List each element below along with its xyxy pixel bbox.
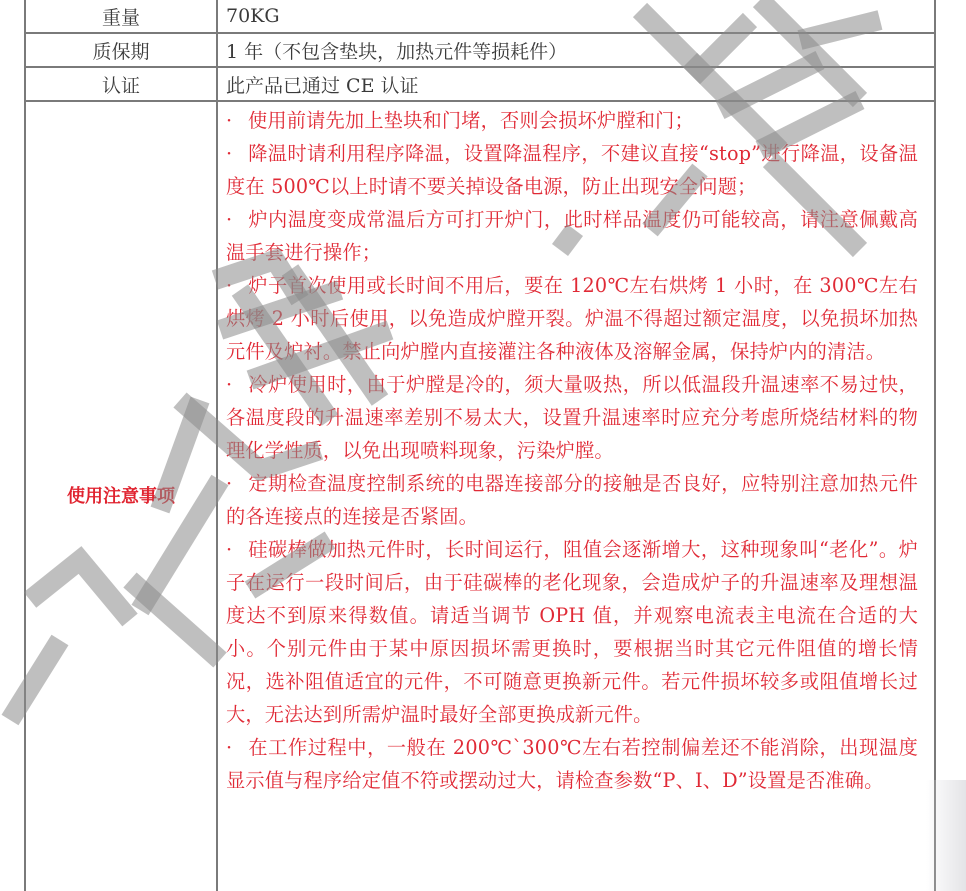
notice-item: ·硅碳棒做加热元件时，长时间运行，阻值会逐渐增大，这种现象叫“老化”。炉子在运行… — [226, 533, 918, 731]
bullet-dot: · — [226, 137, 248, 170]
bullet-dot: · — [226, 368, 248, 401]
warranty-value: 1 年（不包含垫块，加热元件等损耗件） — [217, 33, 935, 67]
usage-notes-label: 使用注意事项 — [25, 101, 217, 891]
notice-text: 使用前请先加上垫块和门堵，否则会损坏炉膛和门； — [248, 109, 694, 132]
weight-label: 重量 — [25, 0, 217, 33]
notice-text: 炉内温度变成常温后方可打开炉门，此时样品温度仍可能较高，请注意佩戴高温手套进行操… — [226, 208, 918, 264]
notice-text: 降温时请利用程序降温，设置降温程序，不建议直接“stop”进行降温，设备温度在 … — [226, 142, 918, 198]
notice-text: 定期检查温度控制系统的电器连接部分的接触是否良好，应特别注意加热元件的各连接点的… — [226, 472, 918, 528]
bullet-dot: · — [226, 269, 248, 302]
notice-item: ·定期检查温度控制系统的电器连接部分的接触是否良好，应特别注意加热元件的各连接点… — [226, 467, 918, 533]
notice-item: ·降温时请利用程序降温，设置降温程序，不建议直接“stop”进行降温，设备温度在… — [226, 137, 918, 203]
notice-item: ·冷炉使用时，由于炉膛是冷的，须大量吸热，所以低温段升温速率不易过快，各温度段的… — [226, 368, 918, 467]
notice-text: 在工作过程中，一般在 200℃`300℃左右若控制偏差还不能消除，出现温度显示值… — [226, 736, 918, 792]
usage-notes-body: ·使用前请先加上垫块和门堵，否则会损坏炉膛和门； ·降温时请利用程序降温，设置降… — [217, 101, 935, 891]
notice-item: ·炉子首次使用或长时间不用后，要在 120℃左右烘烤 1 小时，在 300℃左右… — [226, 269, 918, 368]
bullet-dot: · — [226, 203, 248, 236]
weight-value: 70KG — [217, 0, 935, 33]
notice-text: 炉子首次使用或长时间不用后，要在 120℃左右烘烤 1 小时，在 300℃左右烘… — [226, 274, 918, 363]
notice-text: 硅碳棒做加热元件时，长时间运行，阻值会逐渐增大，这种现象叫“老化”。炉子在运行一… — [226, 538, 918, 726]
row-warranty: 质保期 1 年（不包含垫块，加热元件等损耗件） — [25, 33, 935, 67]
row-usage-notes: 使用注意事项 ·使用前请先加上垫块和门堵，否则会损坏炉膛和门； ·降温时请利用程… — [25, 101, 935, 891]
notice-item: ·炉内温度变成常温后方可打开炉门，此时样品温度仍可能较高，请注意佩戴高温手套进行… — [226, 203, 918, 269]
certification-value: 此产品已通过 CE 认证 — [217, 67, 935, 101]
row-certification: 认证 此产品已通过 CE 认证 — [25, 67, 935, 101]
notice-item: ·在工作过程中，一般在 200℃`300℃左右若控制偏差还不能消除，出现温度显示… — [226, 731, 918, 797]
bullet-dot: · — [226, 533, 248, 566]
spec-table: 重量 70KG 质保期 1 年（不包含垫块，加热元件等损耗件） 认证 此产品已通… — [24, 0, 936, 891]
notice-item: ·使用前请先加上垫块和门堵，否则会损坏炉膛和门； — [226, 104, 918, 137]
bullet-dot: · — [226, 731, 248, 764]
row-weight: 重量 70KG — [25, 0, 935, 33]
notice-text: 冷炉使用时，由于炉膛是冷的，须大量吸热，所以低温段升温速率不易过快，各温度段的升… — [226, 373, 918, 462]
bullet-dot: · — [226, 104, 248, 137]
bullet-dot: · — [226, 467, 248, 500]
warranty-label: 质保期 — [25, 33, 217, 67]
certification-label: 认证 — [25, 67, 217, 101]
